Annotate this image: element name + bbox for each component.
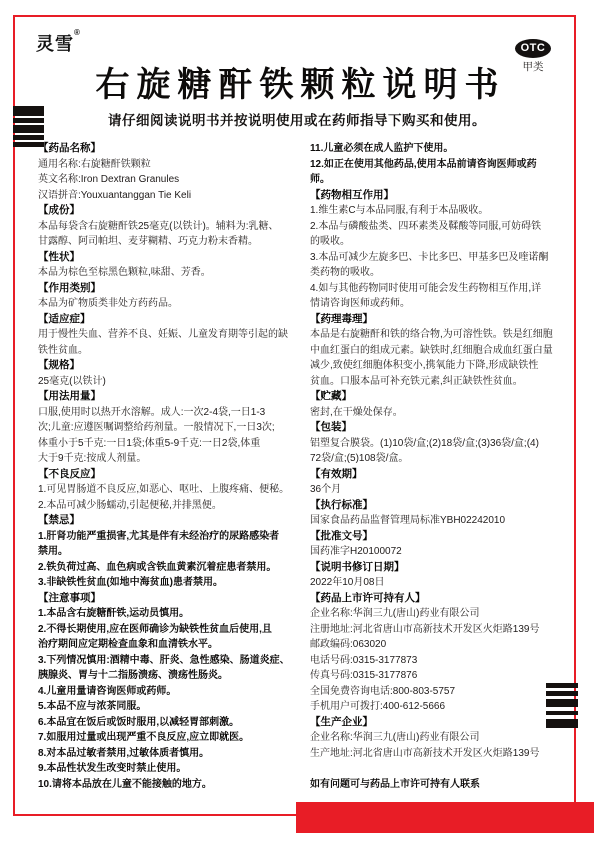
text-line: 2.铁负荷过高、血色病或含铁血黄素沉着症患者禁用。	[38, 560, 300, 576]
text-line: 4.儿童用量请咨询医师或药师。	[38, 684, 300, 700]
text-line: 邮政编码:063020	[310, 637, 578, 653]
text-line: 5.本品不应与浓茶同服。	[38, 699, 300, 715]
text-line: 用于慢性失血、营养不良、妊娠、儿童发育期等引起的缺	[38, 327, 300, 343]
text-line	[310, 761, 578, 777]
section-heading: 【用法用量】	[38, 389, 300, 405]
section-heading: 【药品上市许可持有人】	[310, 591, 578, 607]
text-line: 企业名称:华润三九(唐山)药业有限公司	[310, 730, 578, 746]
text-line: 企业名称:华润三九(唐山)药业有限公司	[310, 606, 578, 622]
text-line: 通用名称:右旋糖酐铁颗粒	[38, 157, 300, 173]
text-line: 本品为矿物质类非处方药药品。	[38, 296, 300, 312]
text-line: 本品每袋含右旋糖酐铁25毫克(以铁计)。辅料为:乳糖、	[38, 219, 300, 235]
text-line: 体重小于5千克:一日1袋;体重5-9千克:一日2袋,体重	[38, 436, 300, 452]
text-line: 传真号码:0315-3177876	[310, 668, 578, 684]
text-line: 36个月	[310, 482, 578, 498]
section-heading: 【不良反应】	[38, 467, 300, 483]
text-line: 口服,使用时以热开水溶解。成人:一次2-4袋,一日1-3	[38, 405, 300, 421]
text-line: 本品为棕色至棕黑色颗粒,味甜、芳香。	[38, 265, 300, 281]
brand-logo: 灵雪®	[36, 30, 81, 56]
text-line: 7.如服用过量或出现严重不良反应,应立即就医。	[38, 730, 300, 746]
text-line: 8.对本品过敏者禁用,过敏体质者慎用。	[38, 746, 300, 762]
left-column: 【药品名称】通用名称:右旋糖酐铁颗粒英文名称:Iron Dextran Gran…	[38, 141, 300, 792]
section-heading: 【注意事项】	[38, 591, 300, 607]
section-heading: 【药理毒理】	[310, 312, 578, 328]
section-heading: 【药品名称】	[38, 141, 300, 157]
text-line: 贫血。口服本品可补充铁元素,纠正缺铁性贫血。	[310, 374, 578, 390]
text-line: 10.请将本品放在儿童不能接触的地方。	[38, 777, 300, 793]
text-line: 72袋/盒;(5)108袋/盒。	[310, 451, 578, 467]
page-title: 右旋糖酐铁颗粒说明书	[0, 64, 594, 106]
text-line: 11.儿童必须在成人监护下使用。	[310, 141, 578, 157]
text-line: 1.可见胃肠道不良反应,如恶心、呕吐、上腹疼痛、便秘。	[38, 482, 300, 498]
text-line: 本品是右旋糖酐和铁的络合物,为可溶性铁。铁是红细胞	[310, 327, 578, 343]
text-line: 的吸收。	[310, 234, 578, 250]
text-line: 次;儿童:应遵医嘱调整给药剂量。一般情况下,一日3次;	[38, 420, 300, 436]
text-line: 注册地址:河北省唐山市高新技术开发区火炬路139号	[310, 622, 578, 638]
text-line: 9.本品性状发生改变时禁止使用。	[38, 761, 300, 777]
red-bleed-bar	[296, 802, 594, 833]
text-line: 师。	[310, 172, 578, 188]
text-line: 2.本品可减少肠蠕动,引起便秘,并排黑便。	[38, 498, 300, 514]
text-line: 密封,在干燥处保存。	[310, 405, 578, 421]
registration-bar	[13, 135, 44, 140]
text-line: 汉语拼音:Youxuantanggan Tie Keli	[38, 188, 300, 204]
section-heading: 【说明书修订日期】	[310, 560, 578, 576]
text-line: 6.本品宜在饭后或饭时服用,以减轻胃部刺激。	[38, 715, 300, 731]
text-line: 12.如正在使用其他药品,使用本品前请咨询医师或药	[310, 157, 578, 173]
section-heading: 【规格】	[38, 358, 300, 374]
text-line: 减少,致使红细胞体积变小,携氧能力下降,形成缺铁性	[310, 358, 578, 374]
section-heading: 【适应症】	[38, 312, 300, 328]
text-line: 手机用户可拨打:400-612-5666	[310, 699, 578, 715]
text-line: 大于9千克:按成人剂量。	[38, 451, 300, 467]
brand-name: 灵雪	[36, 34, 74, 54]
text-line: 生产地址:河北省唐山市高新技术开发区火炬路139号	[310, 746, 578, 762]
section-heading: 【性状】	[38, 250, 300, 266]
text-line: 如有问题可与药品上市许可持有人联系	[310, 777, 578, 793]
text-line: 国家食品药品监督管理局标准YBH02242010	[310, 513, 578, 529]
text-line: 类药物的吸收。	[310, 265, 578, 281]
text-line: 2.不得长期使用,应在医师确诊为缺铁性贫血后使用,且	[38, 622, 300, 638]
text-line: 胰腺炎、胃与十二指肠溃疡、溃疡性肠炎。	[38, 668, 300, 684]
section-heading: 【有效期】	[310, 467, 578, 483]
text-line: 3.非缺铁性贫血(如地中海贫血)患者禁用。	[38, 575, 300, 591]
text-line: 英文名称:Iron Dextran Granules	[38, 172, 300, 188]
text-line: 2022年10月08日	[310, 575, 578, 591]
page-subtitle: 请仔细阅读说明书并按说明使用或在药师指导下购买和使用。	[0, 109, 594, 129]
text-line: 电话号码:0315-3177873	[310, 653, 578, 669]
text-line: 25毫克(以铁计)	[38, 374, 300, 390]
section-heading: 【包装】	[310, 420, 578, 436]
text-line: 铁性贫血。	[38, 343, 300, 359]
text-line: 治疗期间应定期检查血象和血清铁水平。	[38, 637, 300, 653]
section-heading: 【执行标准】	[310, 498, 578, 514]
registered-trademark-icon: ®	[74, 28, 81, 37]
section-heading: 【禁忌】	[38, 513, 300, 529]
text-line: 1.维生素C与本品同服,有利于本品吸收。	[310, 203, 578, 219]
section-heading: 【作用类别】	[38, 281, 300, 297]
otc-oval-icon: OTC	[515, 39, 551, 58]
text-line: 情请咨询医师或药师。	[310, 296, 578, 312]
text-line: 3.本品可减少左旋多巴、卡比多巴、甲基多巴及喹诺酮	[310, 250, 578, 266]
text-line: 2.本品与磷酸盐类、四环素类及鞣酸等同服,可妨碍铁	[310, 219, 578, 235]
leaflet-page: 灵雪® OTC 甲类 右旋糖酐铁颗粒说明书 请仔细阅读说明书并按说明使用或在药师…	[0, 0, 594, 857]
text-line: 3.下列情况慎用:酒精中毒、肝炎、急性感染、肠道炎症、	[38, 653, 300, 669]
text-line: 甘露醇、阿司帕坦、麦芽糊精、巧克力粉末香精。	[38, 234, 300, 250]
text-line: 全国免费咨询电话:800-803-5757	[310, 684, 578, 700]
section-heading: 【批准文号】	[310, 529, 578, 545]
section-heading: 【药物相互作用】	[310, 188, 578, 204]
text-line: 铝塑复合膜袋。(1)10袋/盒;(2)18袋/盒;(3)36袋/盒;(4)	[310, 436, 578, 452]
text-line: 1.肝肾功能严重损害,尤其是伴有未经治疗的尿路感染者	[38, 529, 300, 545]
right-column: 11.儿童必须在成人监护下使用。12.如正在使用其他药品,使用本品前请咨询医师或…	[310, 141, 578, 792]
section-heading: 【贮藏】	[310, 389, 578, 405]
text-line: 1.本品含右旋糖酐铁,运动员慎用。	[38, 606, 300, 622]
text-line: 国药准字H20100072	[310, 544, 578, 560]
text-line: 中血红蛋白的组成元素。缺铁时,红细胞合成血红蛋白量	[310, 343, 578, 359]
section-heading: 【成份】	[38, 203, 300, 219]
text-line: 4.如与其他药物同时使用可能会发生药物相互作用,详	[310, 281, 578, 297]
text-line: 禁用。	[38, 544, 300, 560]
section-heading: 【生产企业】	[310, 715, 578, 731]
